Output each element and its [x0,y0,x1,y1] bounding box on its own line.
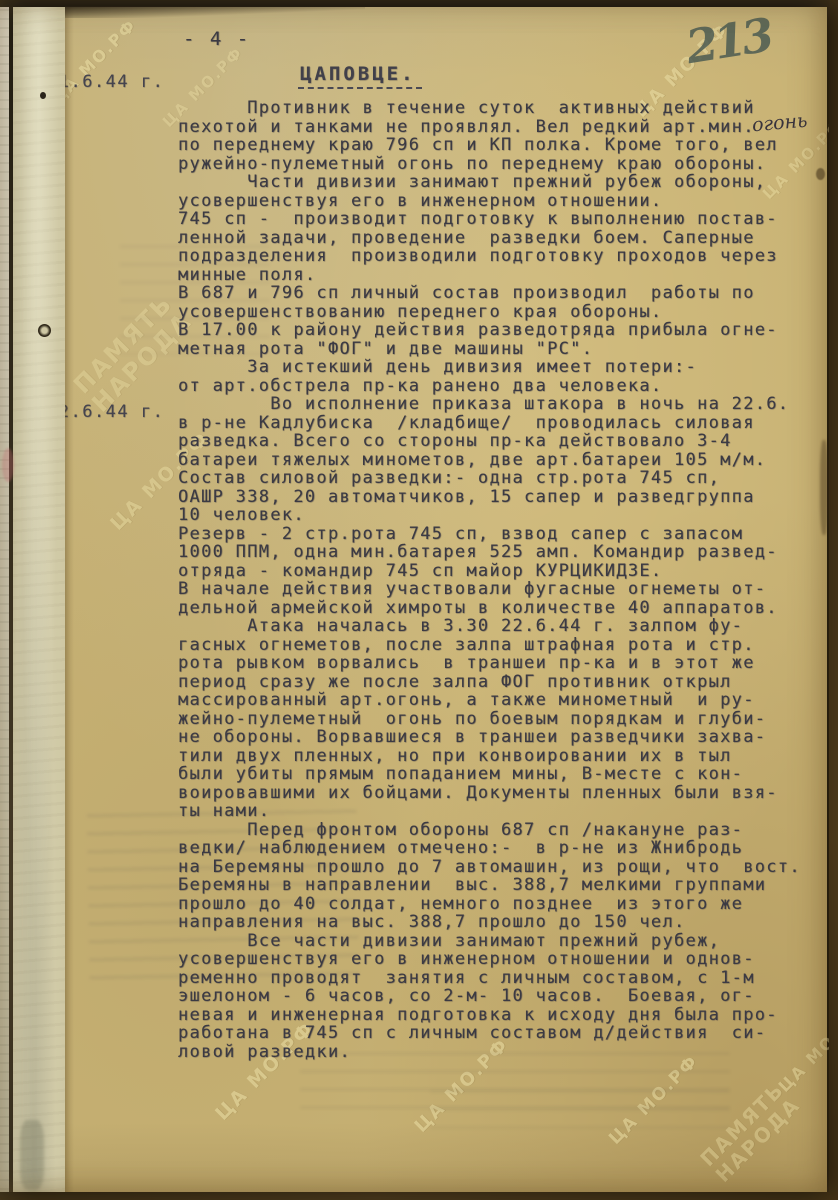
typed-line: батареи тяжелых минометов, две арт.батар… [178,451,818,470]
scan-left-edge [0,0,9,1200]
typed-line: Во исполнение приказа штакора в ночь на … [178,395,818,414]
typed-line: 1000 ППМ, одна мин.батарея 525 амп. Кома… [178,543,818,562]
typed-line: За истекший день дивизия имеет потери:- [178,358,818,377]
typed-line: в р-не Кадлубиска /кладбище/ проводилась… [178,414,818,433]
typed-line: ружейно-пулеметный огонь по переднему кр… [178,155,818,174]
typed-line: 745 сп - производит подготовку к выполне… [178,210,818,229]
typed-line: рота рывком ворвались в траншеи пр-ка и … [178,654,818,673]
typed-line: ловой разведки. [178,1043,818,1062]
typed-line: не обороны. Ворвавшиеся в траншеи развед… [178,728,818,747]
typed-line: Беремяны в направлении выс. 388,7 мелким… [178,876,818,895]
typed-line: Атака началась в 3.30 22.6.44 г. залпом … [178,617,818,636]
paper-hole [38,324,51,337]
typed-line: усовершенствуя его в инженерном отношени… [178,192,818,211]
typed-line: были убиты прямым попаданием мины, В-мес… [178,765,818,784]
typed-line: Состав силовой разведки:- одна стр.рота … [178,469,818,488]
typed-line: Части дивизии занимают прежний рубеж обо… [178,173,818,192]
typed-line: на Беремяны прошло до 7 автомашин, из ро… [178,858,818,877]
typed-line: В 687 и 796 сп личный состав производил … [178,284,818,303]
typed-line: ременно проводят занятия с личным состав… [178,969,818,988]
typed-line: Противник в течение суток активных дейст… [178,99,818,118]
typed-line: период сразу же после залпа ФОГ противни… [178,673,818,692]
typed-text-block: Противник в течение суток активных дейст… [178,99,818,1061]
typed-line: от арт.обстрела пр-ка ранено два человек… [178,377,818,396]
typed-line: подразделения производили подготовку про… [178,247,818,266]
typed-line: жейно-пулеметный огонь по боевым порядка… [178,710,818,729]
typed-line: разведка. Всего со стороны пр-ка действо… [178,432,818,451]
typed-line: Все части дивизии занимают прежний рубеж… [178,932,818,951]
typed-line: ведки/ наблюдением отмечено:- в р-не из … [178,839,818,858]
binding-strip [13,0,65,1200]
typed-line: массированный арт.огонь, а также миномет… [178,691,818,710]
typed-line: усовершенствованию переднего края оборон… [178,303,818,322]
top-edge-shadow [65,6,365,18]
doc-title: ЦАПОВЦЕ. [298,63,422,89]
typed-line: Резерв - 2 стр.рота 745 сп, взвод сапер … [178,525,818,544]
typed-line: В начале действия участвовали фугасные о… [178,580,818,599]
typed-line: метная рота "ФОГ" и две машины "РС". [178,340,818,359]
typed-line: усовершенствуя его в инженерном отношени… [178,950,818,969]
page-number: - 4 - [183,28,250,50]
typed-line: работана в 745 сп с личным составом д/де… [178,1024,818,1043]
typed-line: эшелоном - 6 часов, со 2-м- 10 часов. Бо… [178,987,818,1006]
typed-line: прошло до 40 солдат, немного позднее из … [178,895,818,914]
binding-crease [65,0,74,1200]
typed-line: ленной задачи, проведение разведки боем.… [178,229,818,248]
typed-line: пехотой и танками не проявлял. Вел редки… [178,118,818,137]
typed-line: воировавшими их бойцами. Документы пленн… [178,784,818,803]
typed-line: В 17.00 к району действия разведотряда п… [178,321,818,340]
typed-line: гасных огнеметов, после залпа штрафная р… [178,636,818,655]
typed-line: ОАШР 338, 20 автоматчиков, 15 сапер и ра… [178,488,818,507]
typed-line: Перед фронтом обороны 687 сп /накануне р… [178,821,818,840]
paper-hole [40,92,46,99]
typed-line: дельной армейской химроты в количестве 4… [178,599,818,618]
typed-line: отряда - командир 745 сп майор КУРЦИКИДЗ… [178,562,818,581]
typed-line: ты нами. [178,802,818,821]
typed-line: невая и инженерная подготовка к исходу д… [178,1006,818,1025]
scan-right-edge [829,0,838,1200]
typed-line: по переднему краю 796 сп и КП полка. Кро… [178,136,818,155]
scan-bottom-edge [0,1192,838,1200]
archival-scan-page: ЦА МО.РФ ЦА МО.РФ ЦА МО.РФ ЦА МО.РФ ПАМЯ… [0,0,838,1200]
typed-line: направления на выс. 388,7 прошло до 150 … [178,913,818,932]
typed-line: 10 человек. [178,506,818,525]
typed-line: минные поля. [178,266,818,285]
typed-line: тили двух пленных, но при конвоировании … [178,747,818,766]
